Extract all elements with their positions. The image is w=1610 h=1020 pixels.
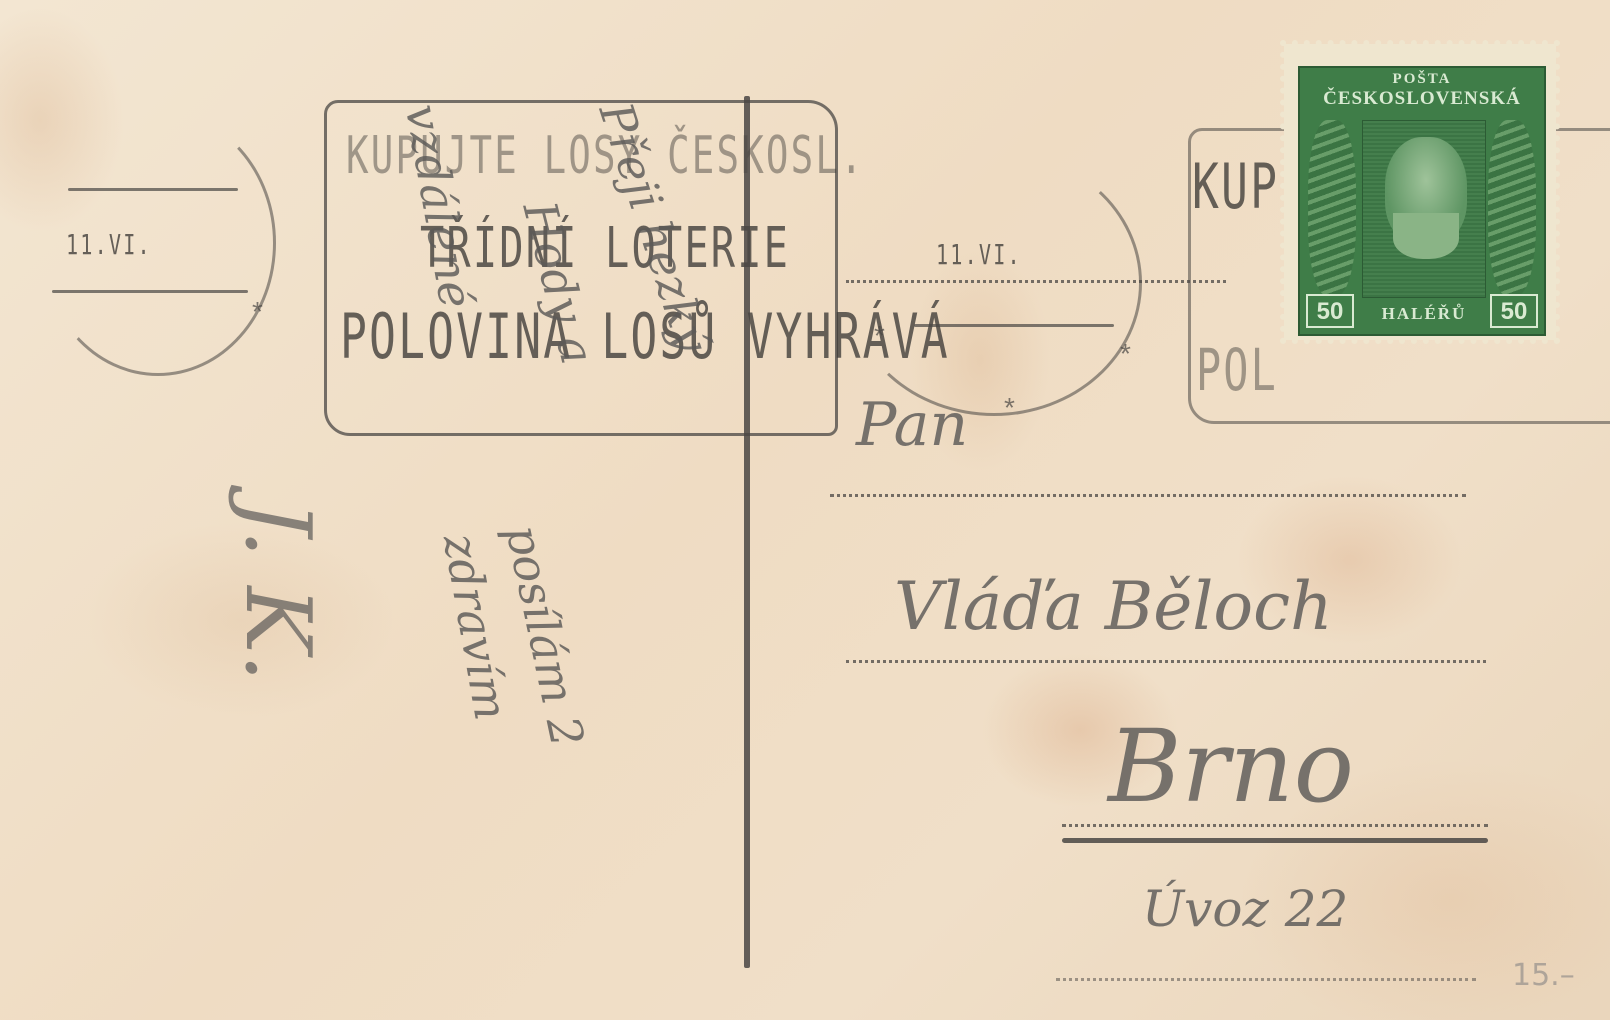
cancel-line [846,280,1226,283]
laurel-left-icon [1308,120,1356,296]
stamp-country-1: POŠTA [1300,72,1544,87]
right-slogan-line-1: KUP [1192,150,1279,223]
stamp-header: POŠTA ČESKOSLOVENSKÁ [1300,72,1544,108]
address-line-1 [830,494,1466,497]
stamp-value-left: 50 [1306,294,1354,328]
address-line-2 [846,660,1486,663]
cancel-circle [40,110,276,376]
address-line-4 [1056,978,1476,981]
portrait-beard-icon [1393,213,1459,259]
asterisk-icon: * [1004,392,1015,424]
right-cancel-date: 11.VI. [936,238,1022,271]
cancel-line [914,324,1114,327]
laurel-right-icon [1488,120,1536,296]
asterisk-icon: * [1120,338,1131,370]
stamp-currency: HALÉŘŮ [1366,304,1482,324]
pencil-price-note: 15.– [1512,958,1575,993]
asterisk-icon: * [874,320,885,352]
postcard-back: 11.VI. * KUPUJTE LOSY ČESKOSL. TŘÍDNÍ LO… [0,0,1610,1020]
right-slogan-line-3: POL [1196,336,1278,404]
message-line-3: posílám 2 [495,520,595,751]
stamp-value-right: 50 [1490,294,1538,328]
asterisk-icon: * [252,296,263,328]
postage-stamp: POŠTA ČESKOSLOVENSKÁ 50 HALÉŘŮ 50 [1284,44,1556,340]
city-underline [1062,838,1488,843]
address-city: Brno [1108,708,1354,825]
address-salutation: Pan [856,390,968,460]
address-line-3 [1062,824,1488,827]
address-street: Úvoz 22 [1142,880,1348,938]
signature: J. K. [225,500,330,682]
stamp-country-2: ČESKOSLOVENSKÁ [1300,89,1544,108]
stamp-portrait [1362,120,1486,298]
cancel-circle [846,150,1142,416]
address-name: Vláďa Běloch [894,568,1333,645]
center-divider [744,96,750,968]
